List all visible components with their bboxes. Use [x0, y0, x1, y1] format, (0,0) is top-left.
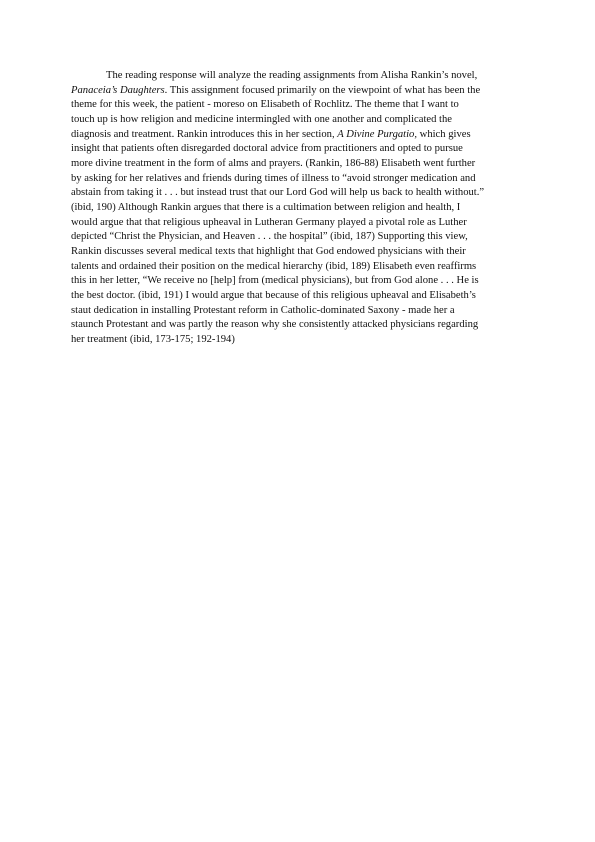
text-line: diagnosis and treatment. Rankin introduc… [71, 128, 526, 143]
text-segment: staunch Protestant and was partly the re… [71, 319, 478, 330]
text-line: insight that patients often disregarded … [71, 142, 526, 157]
text-segment: abstain from taking it . . . but instead… [71, 187, 484, 198]
text-segment: staut dedication in installing Protestan… [71, 305, 455, 316]
text-segment: depicted “Christ the Physician, and Heav… [71, 231, 468, 242]
text-line: staut dedication in installing Protestan… [71, 304, 526, 319]
text-line: staunch Protestant and was partly the re… [71, 318, 526, 333]
text-segment: the best doctor. (ibid, 191) I would arg… [71, 290, 476, 301]
text-segment: talents and ordained their position on t… [71, 261, 476, 272]
text-segment: . This assignment focused primarily on t… [165, 85, 481, 96]
text-segment: by asking for her relatives and friends … [71, 173, 476, 184]
italic-title: Panaceia’s Daughters [71, 85, 165, 96]
text-line: Rankin discusses several medical texts t… [71, 245, 526, 260]
text-segment: more divine treatment in the form of alm… [71, 158, 475, 169]
text-segment: which gives [417, 129, 471, 140]
text-line: more divine treatment in the form of alm… [71, 157, 526, 172]
italic-title: A Divine Purgatio, [337, 129, 417, 140]
text-line: talents and ordained their position on t… [71, 260, 526, 275]
text-line: this in her letter, “We receive no [help… [71, 274, 526, 289]
text-line: The reading response will analyze the re… [71, 69, 526, 84]
text-segment: her treatment (ibid, 173-175; 192-194) [71, 334, 235, 345]
text-segment: diagnosis and treatment. Rankin introduc… [71, 129, 337, 140]
document-page: The reading response will analyze the re… [0, 0, 595, 842]
text-line: depicted “Christ the Physician, and Heav… [71, 230, 526, 245]
text-segment: The reading response will analyze the re… [106, 70, 477, 81]
text-line: theme for this week, the patient - mores… [71, 98, 526, 113]
text-line: abstain from taking it . . . but instead… [71, 186, 526, 201]
text-line: touch up is how religion and medicine in… [71, 113, 526, 128]
text-segment: would argue that that religious upheaval… [71, 217, 467, 228]
text-line: her treatment (ibid, 173-175; 192-194) [71, 333, 526, 348]
text-line: (ibid, 190) Although Rankin argues that … [71, 201, 526, 216]
text-line: the best doctor. (ibid, 191) I would arg… [71, 289, 526, 304]
text-segment: theme for this week, the patient - mores… [71, 99, 459, 110]
text-line: would argue that that religious upheaval… [71, 216, 526, 231]
text-segment: insight that patients often disregarded … [71, 143, 463, 154]
text-line: by asking for her relatives and friends … [71, 172, 526, 187]
text-segment: Rankin discusses several medical texts t… [71, 246, 466, 257]
body-paragraph: The reading response will analyze the re… [71, 69, 526, 347]
text-segment: touch up is how religion and medicine in… [71, 114, 452, 125]
text-line: Panaceia’s Daughters. This assignment fo… [71, 84, 526, 99]
text-segment: this in her letter, “We receive no [help… [71, 275, 479, 286]
text-segment: (ibid, 190) Although Rankin argues that … [71, 202, 460, 213]
